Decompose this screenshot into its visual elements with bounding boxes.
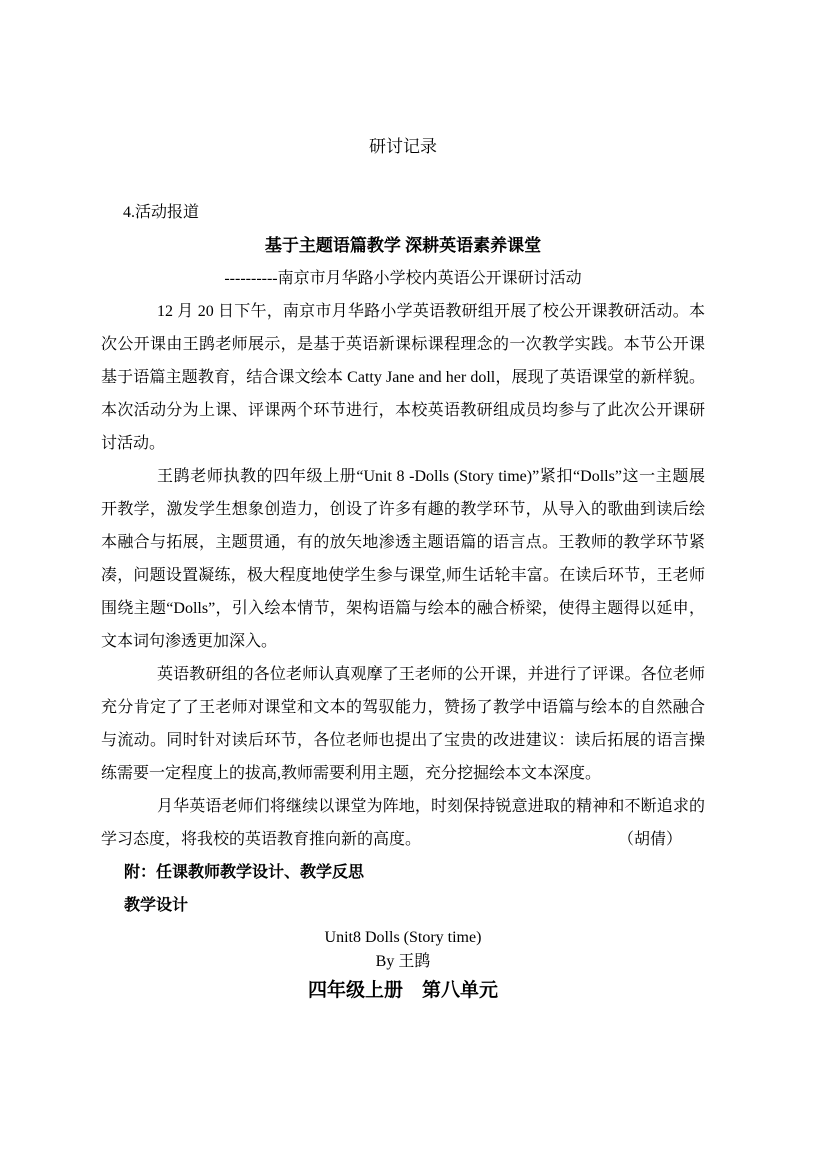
report-paragraph-2: 王鹍老师执教的四年级上册“Unit 8 -Dolls (Story time)”…	[101, 460, 705, 658]
section-label: 4.活动报道	[101, 196, 705, 229]
report-paragraph-4: 月华英语老师们将继续以课堂为阵地，时刻保持锐意进取的精神和不断追求的学习态度，将…	[101, 790, 705, 856]
grade-unit-heading: 四年级上册 第八单元	[101, 974, 705, 1007]
appendix-note: 附：任课教师教学设计、教学反思	[101, 856, 705, 889]
teaching-design-label: 教学设计	[101, 889, 705, 922]
report-paragraph-4-text: 月华英语老师们将继续以课堂为阵地，时刻保持锐意进取的精神和不断追求的学习态度，将…	[101, 798, 705, 848]
report-paragraph-3: 英语教研组的各位老师认真观摩了王老师的公开课，并进行了评课。各位老师充分肯定了了…	[101, 658, 705, 790]
document-title: 研讨记录	[101, 130, 705, 163]
report-subtitle: ----------南京市月华路小学校内英语公开课研讨活动	[101, 262, 705, 295]
document-content: 研讨记录 4.活动报道 基于主题语篇教学 深耕英语素养课堂 ----------…	[0, 130, 827, 1007]
report-headline: 基于主题语篇教学 深耕英语素养课堂	[101, 229, 705, 262]
byline: By 王鹍	[101, 950, 705, 974]
unit-title: Unit8 Dolls (Story time)	[101, 926, 705, 950]
report-paragraph-1: 12 月 20 日下午，南京市月华路小学英语教研组开展了校公开课教研活动。本次公…	[101, 295, 705, 460]
document-page: 研讨记录 4.活动报道 基于主题语篇教学 深耕英语素养课堂 ----------…	[0, 0, 827, 1170]
author-signature: （胡倩）	[626, 831, 682, 848]
